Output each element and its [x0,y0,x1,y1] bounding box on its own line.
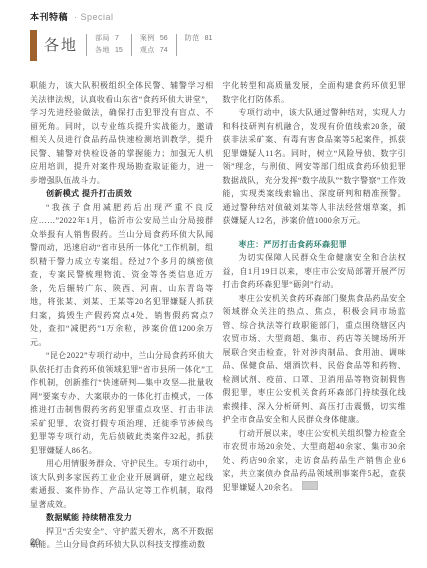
paragraph-text: 为切实保障人民群众生命健康安全和合法权益，自1月19日以来，枣庄市公安局部署开展… [223,253,407,289]
toc-entry-label: 观点 [140,46,155,56]
paragraph: “我孩子食用减肥药后出现严重不良反应……”2022年1月，临沂市公安局兰山分局接… [30,201,214,350]
paragraph: 职能力，该大队积极组织全体民警、辅警学习相关法律法规，认真收看山东省“食药环侦大… [30,79,214,187]
toc-entry-label: 防范 [185,34,200,44]
paragraph: 数据赋能 持续精准发力 [30,511,214,525]
page-strap: 本刊特稿 · Special [30,10,114,23]
article-column-right: 字化转型和高质量发展，全面构建食药环侦犯罪数字化打防体系。 专项行动中，该大队通… [223,79,407,552]
toc-entry: 各地 15 [95,46,123,56]
paragraph: 用心用情服务群众、守护民生。专项行动中，该大队到多家医药工业企业开展调研，建立起… [30,457,214,511]
toc-entry-label: 案例 [140,34,155,44]
paragraph: 捍卫“舌尖安全”、守护蓝天碧水，离不开数据赋能。兰山分局食药环侦大队以科技支撑推… [30,525,214,552]
paragraph: 专项行动中，该大队通过警种结对，实现人力和科技研判有机融合，发现有价值线索20条… [223,106,407,228]
article-column-left: 职能力，该大队积极组织全体民警、辅警学习相关法律法规，认真收看山东省“食药环侦大… [30,79,214,552]
paragraph: 创新模式 提升打击质效 [30,187,214,201]
toc-entry: 案例 56 [140,34,168,44]
toc-entry: 防范 81 [185,34,213,44]
toc-entry-page: 15 [115,46,123,56]
toc-entry-page: 81 [205,34,213,44]
toc-entry-label: 部局 [95,34,110,44]
paragraph: 字化转型和高质量发展，全面构建食药环侦犯罪数字化打防体系。 [223,79,407,106]
paragraph-text: 数据赋能 持续精准发力 [46,513,132,522]
toc-entry-label: 各地 [95,46,110,56]
paragraph-text: “昆仑2022”专项行动中，兰山分局食药环侦大队依托打击食药环侦领域犯罪“省市县… [30,351,214,455]
toc-group: 案例 56 观点 74 [131,34,176,56]
toc-entry-page: 74 [160,46,168,56]
toc-entry-page: 56 [160,34,168,44]
page-number: 20 [30,537,40,547]
end-of-article-badge [302,481,318,490]
strap-title-cn: 本刊特稿 [30,12,68,22]
paragraph-text: 专项行动中，该大队通过警种结对，实现人力和科技研判有机融合，发现有价值线索20条… [223,108,407,225]
paragraph-text: 用心用情服务群众、守护民生。专项行动中，该大队到多家医药工业企业开展调研，建立起… [30,459,214,509]
strap-title-en: · Special [74,12,114,22]
paragraph: 枣庄公安机关食药环森部门聚焦食品药品安全领域群众关注的热点、焦点，积极会同市场监… [223,292,407,427]
paragraph-text: “我孩子食用减肥药后出现严重不良反应……”2022年1月，临沂市公安局兰山分局接… [30,203,214,347]
section-index: 各地 部局 7 各地 15 案例 [30,30,220,61]
paragraph: 行动开展以来，枣庄公安机关组织警力检查全市农贸市场20余处、大型商超40余家、集… [223,427,407,495]
toc-entry: 观点 74 [140,46,168,56]
section-accent-bar [30,30,37,61]
toc-group: 部局 7 各地 15 [86,34,131,56]
section-title: 各地 [44,30,78,61]
toc-entry: 部局 7 [95,34,123,44]
paragraph: 枣庄：严厉打击食药环森犯罪 [223,238,407,252]
paragraph-text: 字化转型和高质量发展，全面构建食药环侦犯罪数字化打防体系。 [223,81,407,104]
paragraph: “昆仑2022”专项行动中，兰山分局食药环侦大队依托打击食药环侦领域犯罪“省市县… [30,349,214,457]
paragraph-text: 枣庄公安机关食药环森部门聚焦食品药品安全领域群众关注的热点、焦点，积极会同市场监… [223,294,407,425]
paragraph-text: 捍卫“舌尖安全”、守护蓝天碧水，离不开数据赋能。兰山分局食药环侦大队以科技支撑推… [30,527,214,550]
article-body: 职能力，该大队积极组织全体民警、辅警学习相关法律法规，认真收看山东省“食药环侦大… [30,79,406,552]
paragraph-text: 职能力，该大队积极组织全体民警、辅警学习相关法律法规，认真收看山东省“食药环侦大… [30,81,214,185]
paragraph: 为切实保障人民群众生命健康安全和合法权益，自1月19日以来，枣庄市公安局部署开展… [223,251,407,292]
magazine-page: 本刊特稿 · Special 各地 部局 7 各地 15 [0,0,427,568]
paragraph-text: 创新模式 提升打击质效 [46,189,132,198]
toc-entry-page: 7 [115,34,119,44]
paragraph-text: 枣庄：严厉打击食药环森犯罪 [239,240,348,249]
toc-group: 防范 81 [176,34,221,56]
section-toc: 部局 7 各地 15 案例 56 [86,30,220,56]
